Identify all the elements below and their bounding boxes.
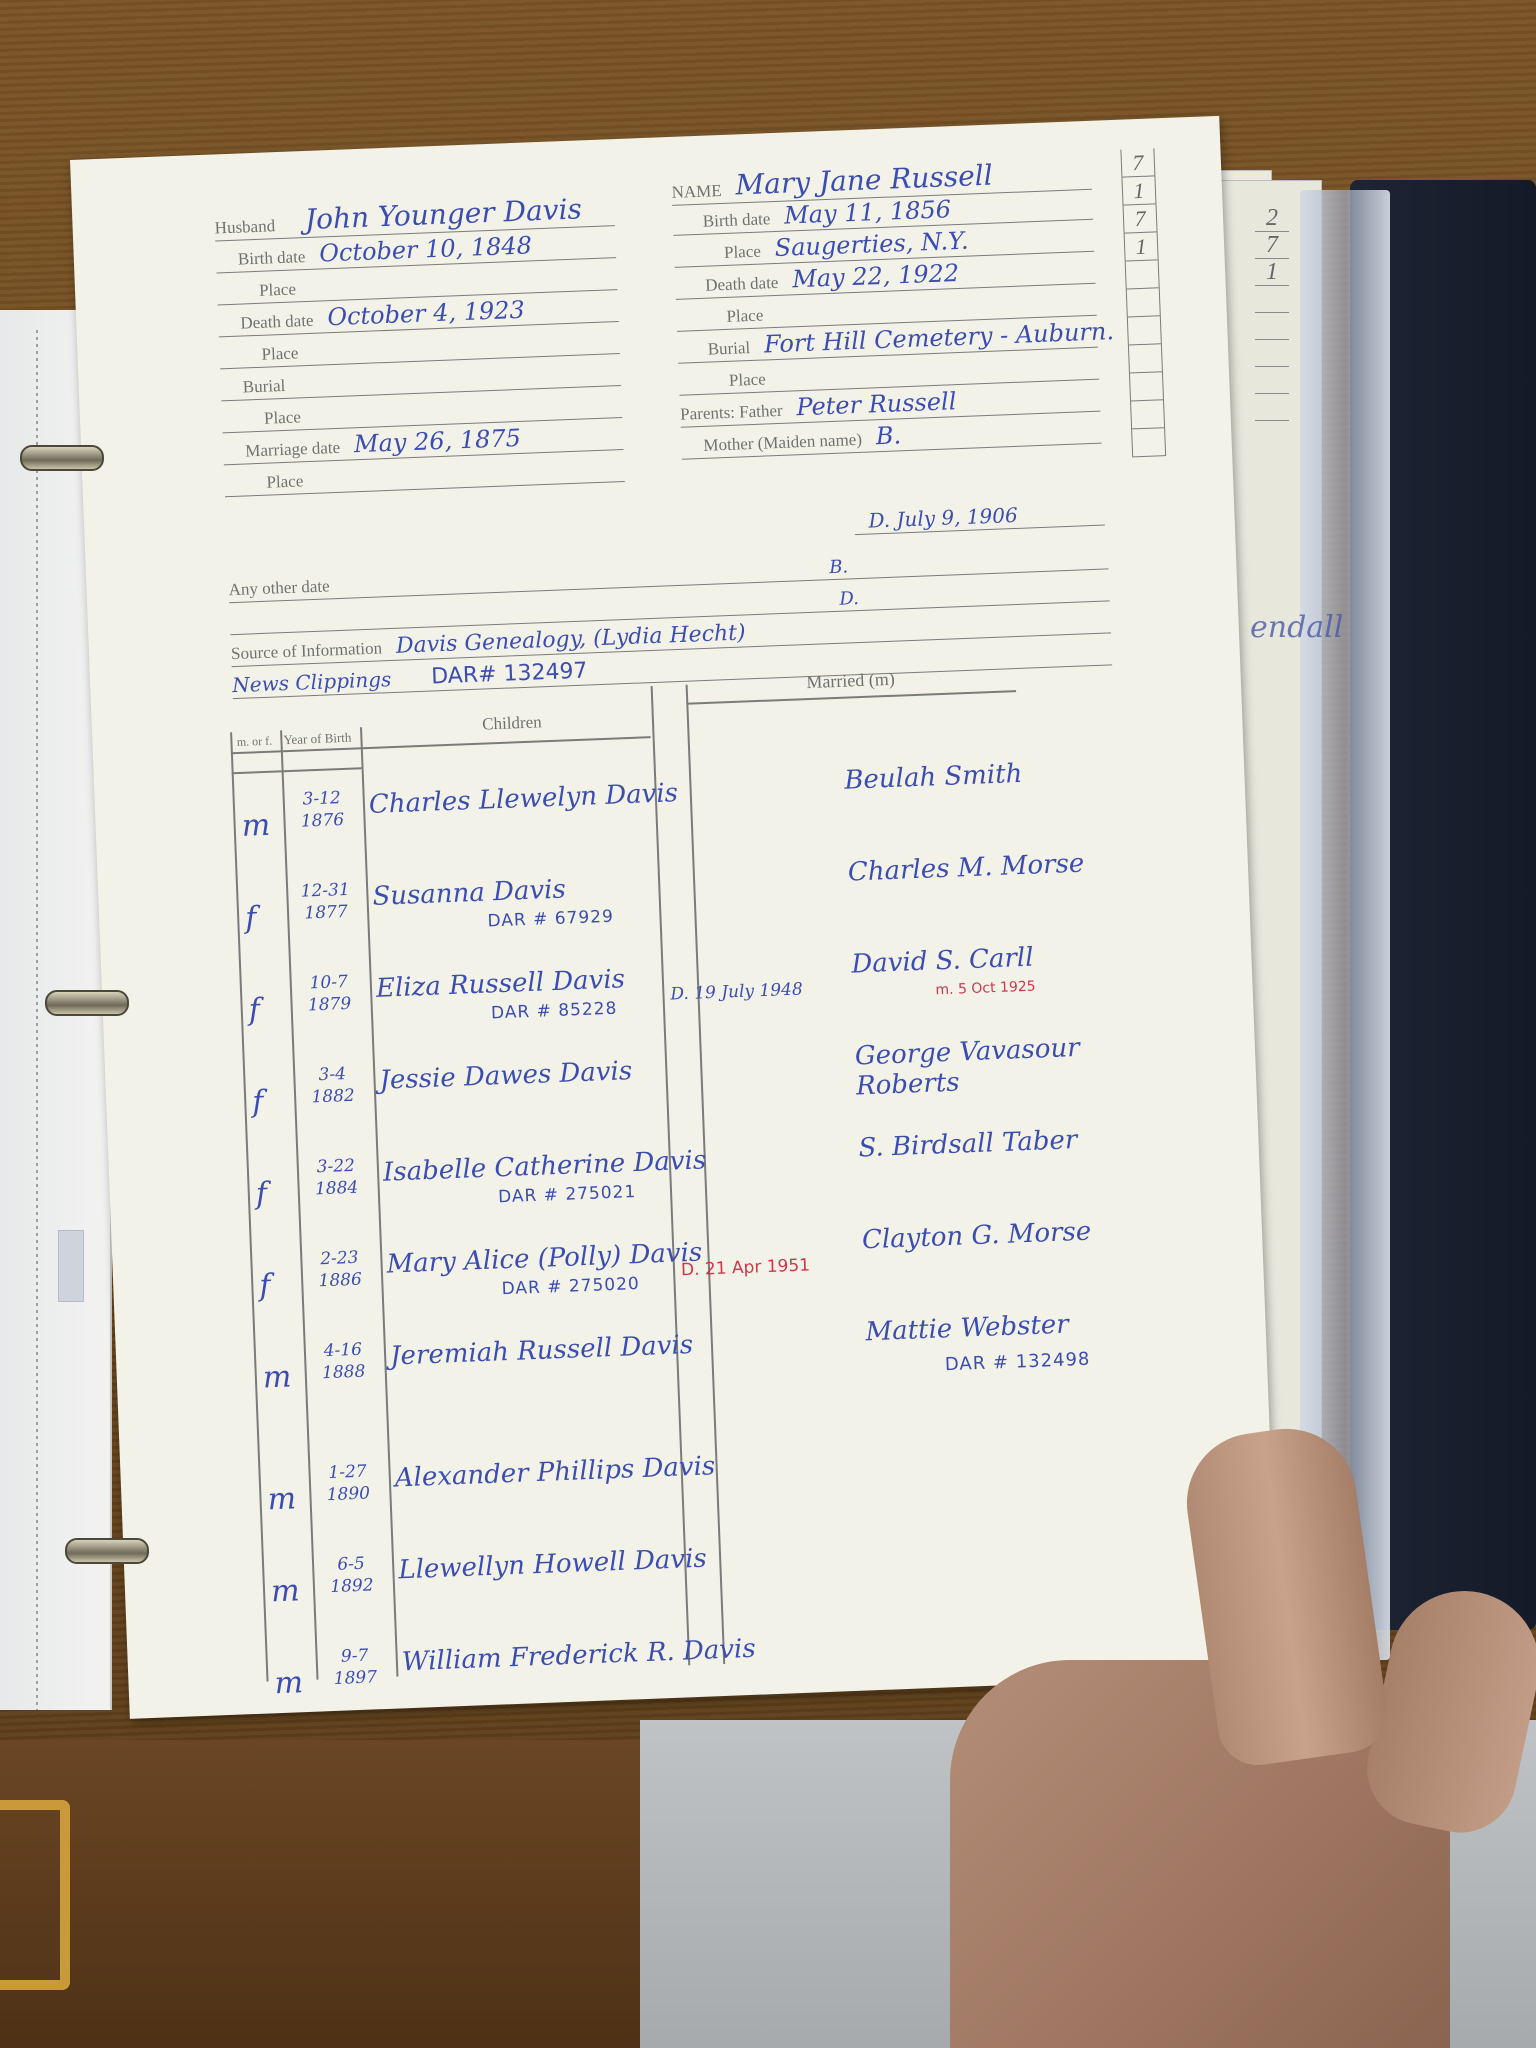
- wife-field-5-label: Place: [729, 369, 767, 392]
- back-tab: 7: [1255, 232, 1289, 259]
- header-rule: [232, 767, 362, 773]
- child-sex: f: [245, 900, 257, 935]
- binder-ring-middle: [45, 990, 129, 1016]
- child-spouse: Clayton G. Morse: [861, 1217, 1091, 1256]
- husband-field-6-value: May 26, 1875: [353, 424, 521, 459]
- back-page-handwriting: endall: [1250, 610, 1343, 645]
- child-sex: m: [274, 1665, 304, 1701]
- bag-buckle: [0, 1800, 70, 1990]
- child-birth-year: 1890: [317, 1482, 380, 1506]
- binder-spine-label: [58, 1230, 84, 1302]
- child-date: 3-221884: [304, 1154, 368, 1200]
- back-tab: [1255, 313, 1289, 340]
- husband-field-6-label: Marriage date: [245, 438, 341, 464]
- wife-name-label: NAME: [671, 181, 722, 205]
- husband-name: John Younger Davis: [304, 192, 582, 237]
- husband-field-3-label: Place: [261, 343, 299, 366]
- binder-ring-top: [20, 445, 104, 471]
- wife-field-2-value: May 22, 1922: [792, 259, 960, 294]
- wife-field-1-value: Saugerties, N.Y.: [774, 227, 969, 263]
- child-sex: f: [255, 1176, 267, 1211]
- source-label: Source of Information: [231, 638, 383, 666]
- wife-field-3-label: Place: [726, 306, 764, 329]
- child-birth-day: 1-27: [316, 1460, 379, 1484]
- child-birth-year: 1897: [324, 1666, 387, 1690]
- child-sex: m: [262, 1359, 292, 1395]
- child-birth-year: 1879: [298, 992, 361, 1016]
- husband-field-2-value: October 4, 1923: [327, 296, 525, 333]
- index-cell: 7: [1121, 148, 1154, 177]
- family-group-sheet: Husband John Younger Davis Birth dateOct…: [70, 116, 1279, 1719]
- child-birth-year: 1884: [305, 1176, 368, 1200]
- index-cell: [1128, 316, 1161, 345]
- husband-field-1-label: Place: [259, 279, 297, 302]
- wife-field-1-label: Place: [724, 242, 762, 265]
- child-date: 6-51892: [320, 1552, 384, 1598]
- child-spouse: George Vavasour Roberts: [854, 1029, 1184, 1102]
- source-clippings: News Clippings: [232, 667, 392, 698]
- index-cell: [1126, 260, 1159, 289]
- index-cell: 7: [1124, 204, 1157, 233]
- child-date: 3-121876: [290, 787, 354, 833]
- child-sex: m: [270, 1573, 300, 1609]
- child-birth-day: 3-4: [301, 1062, 364, 1086]
- child-spouse: David S. Carll: [851, 943, 1034, 980]
- child-birth-day: 2-23: [308, 1246, 371, 1270]
- index-cell: [1127, 288, 1160, 317]
- child-name: Llewellyn Howell Davis: [398, 1544, 707, 1586]
- mother-death-date: D. July 9, 1906: [868, 503, 1018, 534]
- index-cell: 1: [1125, 232, 1158, 261]
- child-date: 3-41882: [301, 1062, 365, 1108]
- child-name: Eliza Russell Davis: [375, 964, 625, 1004]
- child-spouse: S. Birdsall Taber: [858, 1125, 1078, 1163]
- child-birth-day: 12-31: [294, 879, 357, 903]
- index-cell: [1131, 400, 1164, 429]
- child-name: William Frederick R. Davis: [401, 1634, 756, 1678]
- child-birth-year: 1888: [312, 1360, 375, 1384]
- child-name: Charles Llewelyn Davis: [368, 778, 678, 820]
- child-name: Alexander Phillips Davis: [394, 1451, 715, 1493]
- child-birth-day: 10-7: [297, 970, 360, 994]
- back-tab: [1255, 394, 1289, 421]
- index-column: 7171: [1120, 148, 1166, 457]
- back-tab: [1255, 367, 1289, 394]
- child-sex: f: [252, 1084, 264, 1119]
- wife-field-0-value: May 11, 1856: [784, 195, 952, 230]
- wife-field-7-label: Mother (Maiden name): [703, 430, 862, 458]
- child-birth-day: 9-7: [323, 1644, 386, 1668]
- child-dar: DAR # 275020: [501, 1274, 640, 1299]
- child-name: Mary Alice (Polly) Davis: [386, 1238, 703, 1280]
- child-sex: m: [267, 1481, 297, 1517]
- back-tab: [1255, 286, 1289, 313]
- leather-bag: [0, 1740, 700, 2048]
- child-name: Susanna Davis: [372, 875, 566, 912]
- wife-field-7-value: B.: [875, 421, 901, 451]
- source-dar: DAR# 132497: [431, 659, 588, 691]
- back-tab: 2: [1255, 205, 1289, 232]
- year-header: Year of Birth: [282, 730, 353, 748]
- index-cell: [1129, 344, 1162, 373]
- extra-d: D.: [839, 588, 859, 611]
- extra-b: B.: [829, 556, 849, 579]
- husband-field-7-label: Place: [266, 471, 304, 494]
- index-cell: [1132, 428, 1165, 457]
- child-date: 9-71897: [323, 1644, 387, 1690]
- wife-field-6-label: Parents: Father: [680, 401, 783, 427]
- child-birth-year: 1877: [295, 901, 358, 925]
- child-date: 1-271890: [316, 1460, 380, 1506]
- child-sex: f: [259, 1268, 271, 1303]
- child-date: 10-71879: [297, 970, 361, 1016]
- wife-field-2-label: Death date: [705, 273, 779, 298]
- child-spouse: Mattie Webster: [865, 1310, 1069, 1348]
- child-spouse: Beulah Smith: [844, 759, 1023, 796]
- child-sex: f: [248, 992, 260, 1027]
- index-cell: 1: [1122, 176, 1155, 205]
- binder-ring-bottom: [65, 1538, 149, 1564]
- children-header: Children: [392, 709, 633, 738]
- child-spouse: Charles M. Morse: [847, 849, 1084, 888]
- child-birth-year: 1876: [291, 809, 354, 833]
- husband-label: Husband: [214, 216, 275, 240]
- sex-header: m. or f.: [230, 734, 278, 749]
- child-name: Isabelle Catherine Davis: [383, 1145, 707, 1187]
- back-page-index-tabs: 2 7 1: [1255, 205, 1289, 421]
- child-birth-year: 1886: [309, 1268, 372, 1292]
- child-spouse-dar: DAR # 132498: [944, 1349, 1090, 1376]
- page-perforation: [36, 330, 38, 1710]
- husband-field-2-label: Death date: [240, 311, 314, 336]
- child-dar: DAR # 85228: [491, 999, 618, 1024]
- child-name: Jessie Dawes Davis: [379, 1056, 633, 1096]
- husband-field-5-label: Place: [264, 407, 302, 430]
- child-date: 2-231886: [308, 1246, 372, 1292]
- husband-field-0-label: Birth date: [238, 247, 306, 272]
- child-date: 12-311877: [294, 879, 358, 925]
- child-spouse-note: m. 5 Oct 1925: [935, 979, 1036, 999]
- child-note: D. 19 July 1948: [670, 979, 803, 1004]
- index-cell: [1130, 372, 1163, 401]
- child-note: D. 21 Apr 1951: [681, 1255, 811, 1280]
- child-dar: DAR # 67929: [487, 907, 614, 932]
- child-birth-day: 6-5: [320, 1552, 383, 1576]
- back-tab: 1: [1255, 259, 1289, 286]
- child-sex: m: [241, 808, 271, 844]
- wife-field-6-value: Peter Russell: [796, 387, 957, 422]
- wife-extra-line-1: D. July 9, 1906: [854, 497, 1105, 536]
- child-date: 4-161888: [311, 1338, 375, 1384]
- back-tab: [1255, 340, 1289, 367]
- husband-field-0-value: October 10, 1848: [319, 231, 533, 268]
- child-name: Jeremiah Russell Davis: [390, 1330, 694, 1372]
- husband-field-4-label: Burial: [242, 376, 285, 400]
- child-birth-day: 3-22: [304, 1154, 367, 1178]
- child-birth-day: 4-16: [311, 1338, 374, 1362]
- any-other-date-label: Any other date: [228, 576, 330, 602]
- wife-field-0-label: Birth date: [702, 209, 770, 234]
- child-birth-day: 3-12: [290, 787, 353, 811]
- child-birth-year: 1882: [302, 1084, 365, 1108]
- wife-field-4-label: Burial: [707, 338, 750, 362]
- child-dar: DAR # 275021: [498, 1182, 637, 1207]
- child-birth-year: 1892: [321, 1574, 384, 1598]
